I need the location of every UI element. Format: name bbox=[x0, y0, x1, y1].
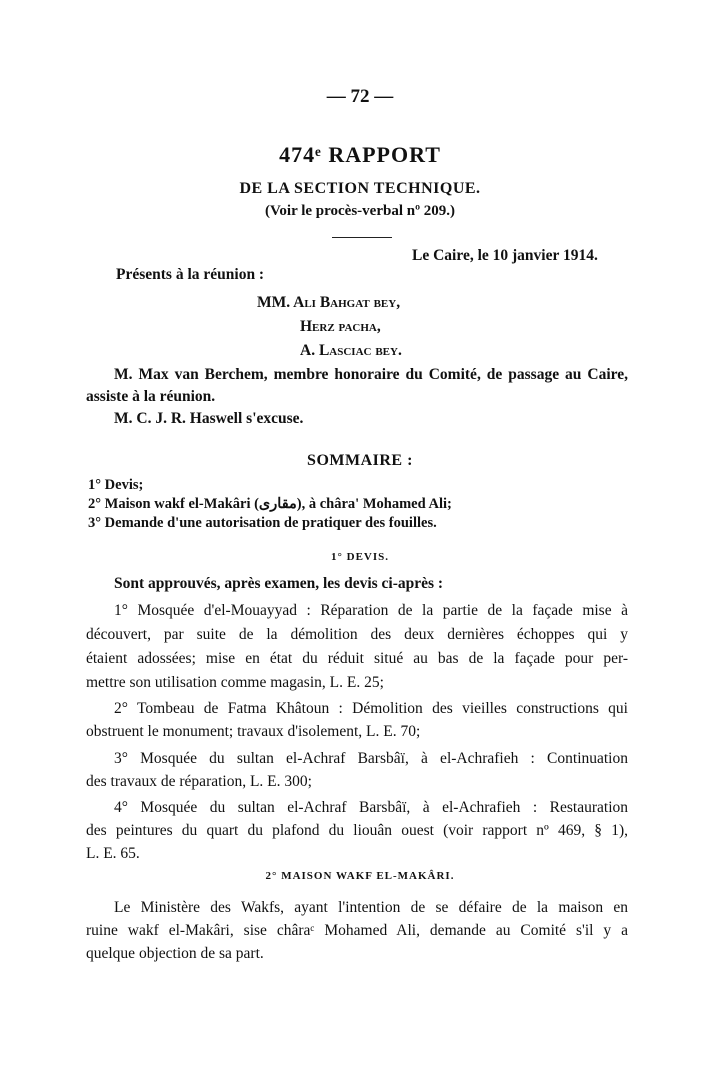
summary-item-1: 1° Devis; bbox=[88, 477, 143, 494]
section-1-intro: Sont approuvés, après examen, les devis … bbox=[114, 575, 443, 593]
excused-line: M. C. J. R. Haswell s'excuse. bbox=[114, 410, 303, 428]
report-reference: (Voir le procès-verbal nº 209.) bbox=[0, 203, 720, 220]
section-1-heading: 1° DEVIS. bbox=[0, 551, 720, 563]
wakf-line-1: Le Ministère des Wakfs, ayant l'intentio… bbox=[114, 899, 628, 917]
report-subtitle: DE LA SECTION TECHNIQUE. bbox=[0, 180, 720, 198]
devis-line-11: L. E. 65. bbox=[86, 845, 140, 863]
devis-line-1: 1° Mosquée d'el-Mouayyad : Réparation de… bbox=[114, 602, 628, 620]
divider-rule bbox=[332, 237, 392, 238]
devis-line-9: 4° Mosquée du sultan el-Achraf Barsbâï, … bbox=[114, 799, 628, 817]
devis-line-4: mettre son utilisation comme magasin, L.… bbox=[86, 674, 384, 692]
member-3: A. Lasciac bey. bbox=[300, 342, 402, 360]
attendance-label: Présents à la réunion : bbox=[116, 266, 264, 284]
member-1: MM. Ali Bahgat bey, bbox=[257, 294, 400, 312]
report-title: 474ᵉ RAPPORT bbox=[0, 142, 720, 168]
devis-line-7: 3° Mosquée du sultan el-Achraf Barsbâï, … bbox=[114, 750, 628, 768]
place-date: Le Caire, le 10 janvier 1914. bbox=[412, 247, 598, 265]
section-2-heading: 2° MAISON WAKF EL-MAKÂRI. bbox=[0, 870, 720, 882]
summary-heading: SOMMAIRE : bbox=[0, 452, 720, 470]
devis-line-2: découvert, par suite de la démolition de… bbox=[86, 626, 628, 644]
summary-item-2: 2° Maison wakf el-Makâri (مقارى), à châr… bbox=[88, 496, 452, 513]
devis-line-5: 2° Tombeau de Fatma Khâtoun : Démolition… bbox=[114, 700, 628, 718]
guest-line-1: M. Max van Berchem, membre honoraire du … bbox=[114, 366, 628, 384]
page-number: — 72 — bbox=[0, 86, 720, 108]
wakf-line-3: quelque objection de sa part. bbox=[86, 945, 264, 963]
guest-line-2: assiste à la réunion. bbox=[86, 388, 215, 406]
devis-line-8: des travaux de réparation, L. E. 300; bbox=[86, 773, 312, 791]
devis-line-3: étaient adossées; mise en état du réduit… bbox=[86, 650, 628, 668]
devis-line-6: obstruent le monument; travaux d'isoleme… bbox=[86, 723, 420, 741]
summary-item-3: 3° Demande d'une autorisation de pratiqu… bbox=[88, 515, 437, 532]
member-2: Herz pacha, bbox=[300, 318, 381, 336]
devis-line-10: des peintures du quart du plafond du lio… bbox=[86, 822, 628, 840]
wakf-line-2: ruine wakf el-Makâri, sise châraᶜ Mohame… bbox=[86, 922, 628, 940]
